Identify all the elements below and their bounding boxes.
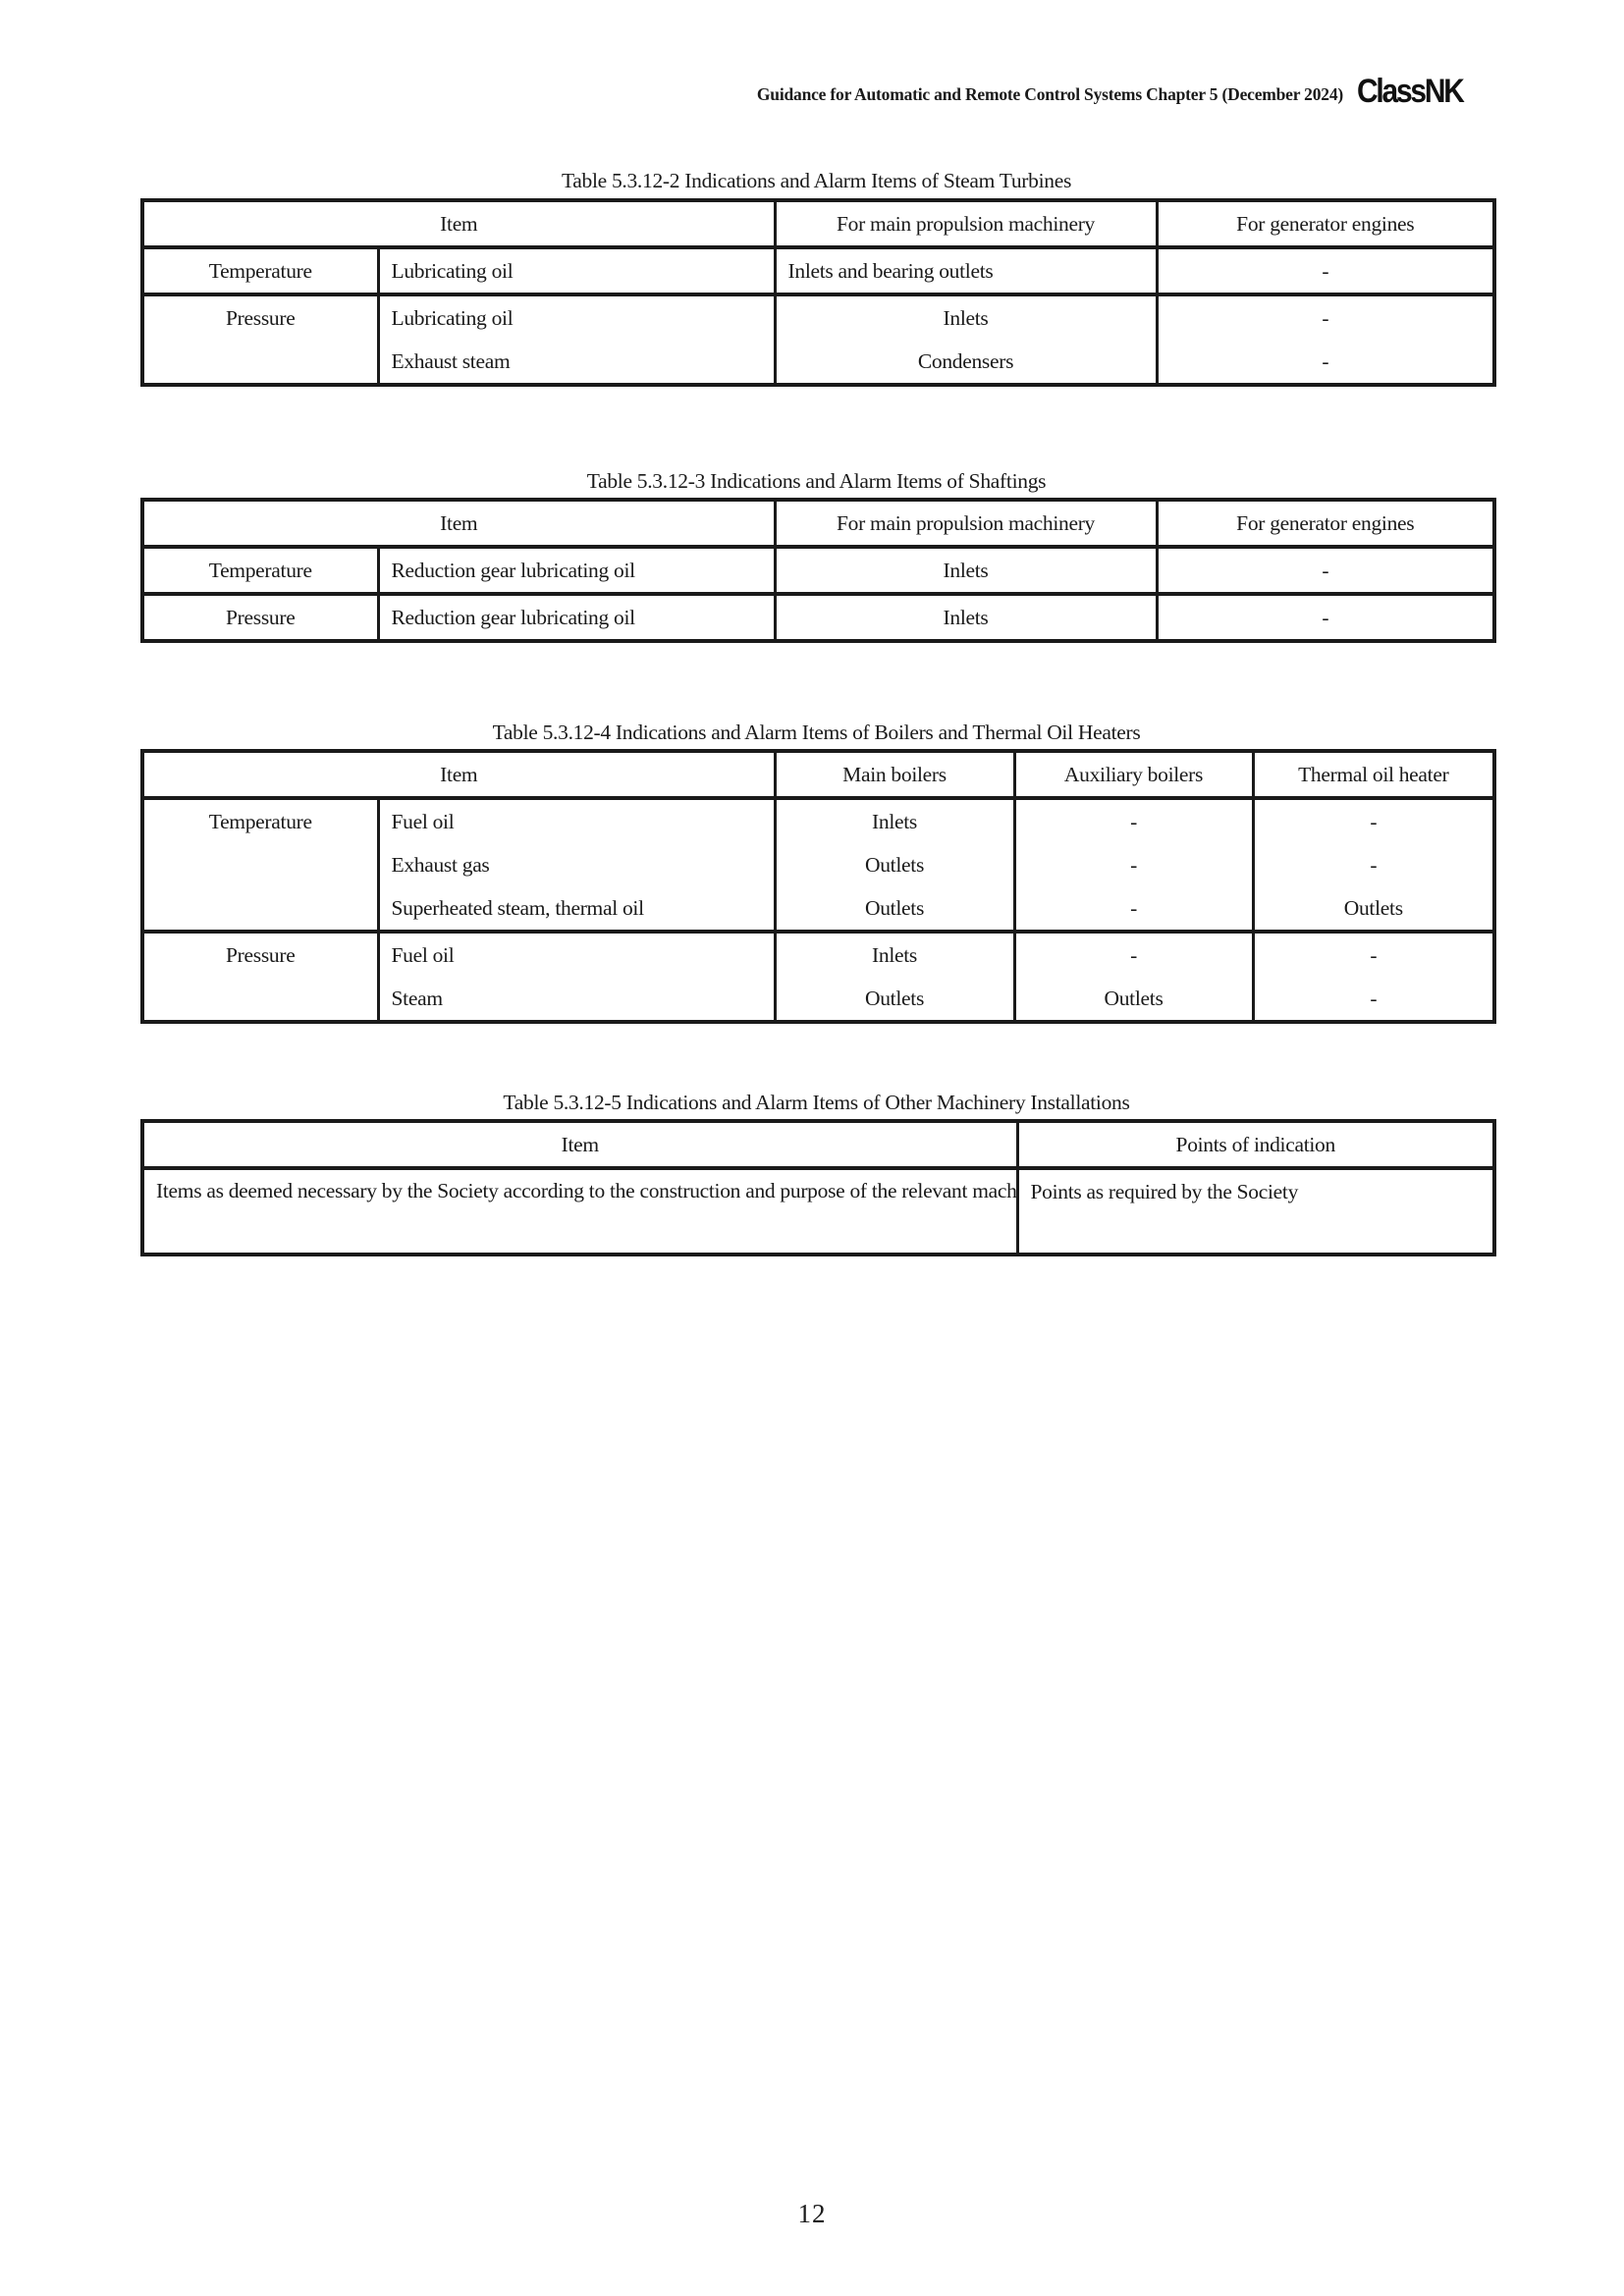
category-cell: Temperature: [142, 547, 378, 594]
document-header-title: Guidance for Automatic and Remote Contro…: [617, 84, 1343, 105]
generator-cell: -: [1157, 247, 1494, 294]
group-temperature: Temperature Reduction gear lubricating o…: [142, 547, 1494, 594]
main-cell: Inlets: [775, 294, 1157, 340]
main-cell: Outlets: [775, 886, 1014, 932]
table-row: Items as deemed necessary by the Society…: [142, 1168, 1494, 1255]
main-cell: Inlets: [775, 594, 1157, 641]
table-row: Pressure Fuel oil Inlets - -: [142, 932, 1494, 977]
main-cell: Condensers: [775, 340, 1157, 385]
header-item: Item: [142, 200, 775, 247]
item-cell: Steam: [378, 977, 775, 1022]
auxiliary-cell: -: [1014, 932, 1253, 977]
generator-cell: -: [1157, 294, 1494, 340]
thermal-cell: -: [1253, 977, 1494, 1022]
thermal-cell: Outlets: [1253, 886, 1494, 932]
page-number: 12: [0, 2199, 1624, 2229]
category-cell: Temperature: [142, 798, 378, 932]
group-pressure: Pressure Reduction gear lubricating oil …: [142, 594, 1494, 641]
header-thermal-oil-heater: Thermal oil heater: [1253, 751, 1494, 798]
table-row: Pressure Lubricating oil Inlets -: [142, 294, 1494, 340]
main-cell: Outlets: [775, 843, 1014, 886]
auxiliary-cell: -: [1014, 886, 1253, 932]
table-boilers-thermal-oil-heaters: Item Main boilers Auxiliary boilers Ther…: [140, 749, 1496, 1024]
main-cell: Inlets and bearing outlets: [775, 247, 1157, 294]
category-cell: Pressure: [142, 932, 378, 1022]
item-cell: Exhaust gas: [378, 843, 775, 886]
group-temperature: Temperature Lubricating oil Inlets and b…: [142, 247, 1494, 294]
table-caption-boilers: Table 5.3.12-4 Indications and Alarm Ite…: [140, 721, 1492, 745]
thermal-cell: -: [1253, 932, 1494, 977]
generator-cell: -: [1157, 547, 1494, 594]
generator-cell: -: [1157, 594, 1494, 641]
table-steam-turbines: Item For main propulsion machinery For g…: [140, 198, 1496, 387]
main-cell: Inlets: [775, 547, 1157, 594]
auxiliary-cell: -: [1014, 798, 1253, 843]
header-auxiliary-boilers: Auxiliary boilers: [1014, 751, 1253, 798]
auxiliary-cell: -: [1014, 843, 1253, 886]
table-row: Temperature Fuel oil Inlets - -: [142, 798, 1494, 843]
item-cell: Reduction gear lubricating oil: [378, 594, 775, 641]
item-cell: Lubricating oil: [378, 247, 775, 294]
header-main-boilers: Main boilers: [775, 751, 1014, 798]
group-pressure: Pressure Lubricating oil Inlets - Exhaus…: [142, 294, 1494, 385]
auxiliary-cell: Outlets: [1014, 977, 1253, 1022]
table-row: Temperature Lubricating oil Inlets and b…: [142, 247, 1494, 294]
category-cell: Temperature: [142, 247, 378, 294]
header-main-propulsion: For main propulsion machinery: [775, 500, 1157, 547]
table-other-machinery: Item Points of indication Items as deeme…: [140, 1119, 1496, 1256]
generator-cell: -: [1157, 340, 1494, 385]
thermal-cell: -: [1253, 798, 1494, 843]
header-item: Item: [142, 751, 775, 798]
thermal-cell: -: [1253, 843, 1494, 886]
classnk-logo: ClassNK: [1357, 73, 1463, 111]
group-temperature: Temperature Fuel oil Inlets - - Exhaust …: [142, 798, 1494, 932]
table-caption-other-machinery: Table 5.3.12-5 Indications and Alarm Ite…: [140, 1091, 1492, 1115]
table-caption-shaftings: Table 5.3.12-3 Indications and Alarm Ite…: [140, 469, 1492, 494]
main-cell: Inlets: [775, 932, 1014, 977]
table-row: Pressure Reduction gear lubricating oil …: [142, 594, 1494, 641]
category-cell: Pressure: [142, 294, 378, 385]
header-points-of-indication: Points of indication: [1017, 1121, 1494, 1168]
group-pressure: Pressure Fuel oil Inlets - - Steam Outle…: [142, 932, 1494, 1022]
item-cell: Superheated steam, thermal oil: [378, 886, 775, 932]
points-cell: Points as required by the Society: [1017, 1168, 1494, 1255]
header-item: Item: [142, 500, 775, 547]
item-cell: Lubricating oil: [378, 294, 775, 340]
table-caption-steam-turbines: Table 5.3.12-2 Indications and Alarm Ite…: [140, 169, 1492, 193]
header-generator-engines: For generator engines: [1157, 500, 1494, 547]
category-cell: Pressure: [142, 594, 378, 641]
header-generator-engines: For generator engines: [1157, 200, 1494, 247]
item-cell: Exhaust steam: [378, 340, 775, 385]
header-item: Item: [142, 1121, 1017, 1168]
item-cell: Fuel oil: [378, 932, 775, 977]
main-cell: Outlets: [775, 977, 1014, 1022]
table-shaftings: Item For main propulsion machinery For g…: [140, 498, 1496, 643]
item-cell: Items as deemed necessary by the Society…: [142, 1168, 1017, 1255]
item-cell: Fuel oil: [378, 798, 775, 843]
item-cell: Reduction gear lubricating oil: [378, 547, 775, 594]
header-main-propulsion: For main propulsion machinery: [775, 200, 1157, 247]
table-row: Temperature Reduction gear lubricating o…: [142, 547, 1494, 594]
main-cell: Inlets: [775, 798, 1014, 843]
